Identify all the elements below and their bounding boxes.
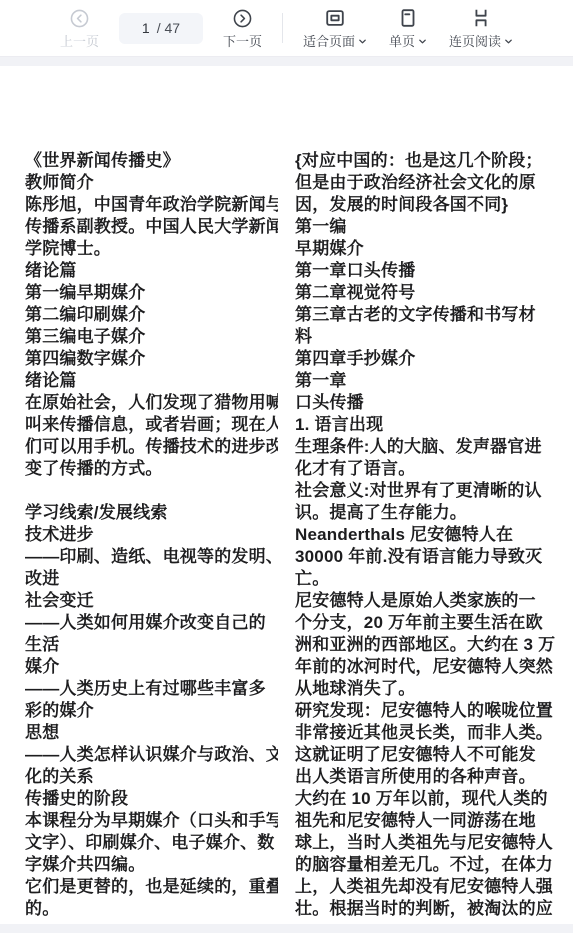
document-page: 《世界新闻传播史》教师简介陈彤旭，中国青年政治学院新闻与传播系副教授。中国人民大… — [0, 66, 573, 924]
text-line: 媒介 — [25, 656, 278, 678]
text-line: 文字）、印刷媒介、电子媒介、数 — [25, 832, 278, 854]
text-line: 《世界新闻传播史》 — [25, 150, 278, 172]
fit-page-label: 适合页面 — [303, 35, 355, 49]
text-line: 球上，当时人类祖先与尼安德特人 — [295, 832, 557, 854]
toolbar-divider — [282, 13, 283, 43]
text-line: 在原始社会，人们发现了猎物用喊 — [25, 392, 278, 414]
text-line: 洲和亚洲的西部地区。大约在 3 万 — [295, 634, 557, 656]
text-line: ——人类如何用媒介改变自己的 — [25, 612, 278, 634]
text-line: 的脑容量相差无几。不过，在体力 — [295, 854, 557, 876]
text-line: 变了传播的方式。 — [25, 458, 278, 480]
text-line: 个分支，20 万年前主要生活在欧 — [295, 612, 557, 634]
text-line: 非常接近其他灵长类，而非人类。 — [295, 722, 557, 744]
text-line: 第三章古老的文字传播和书写材 — [295, 304, 557, 326]
chevron-down-icon — [358, 35, 367, 49]
text-line: 第四章手抄媒介 — [295, 348, 557, 370]
text-line: 传播史的阶段 — [25, 788, 278, 810]
text-line: 壮。根据当时的判断，被淘汰的应 — [295, 898, 557, 920]
text-line: 第二章视觉符号 — [295, 282, 557, 304]
text-line: 叫来传播信息，或者岩画；现在人 — [25, 414, 278, 436]
text-line: 识。提高了生存能力。 — [295, 502, 557, 524]
document-viewer[interactable]: 《世界新闻传播史》教师简介陈彤旭，中国青年政治学院新闻与传播系副教授。中国人民大… — [0, 57, 573, 933]
text-line: 学习线索/发展线索 — [25, 502, 278, 524]
text-line: 它们是更替的，也是延续的，重叠 — [25, 876, 278, 898]
text-line: 大约在 10 万年以前，现代人类的 — [295, 788, 557, 810]
toolbar: 上一页 1 / 47 下一页 适合页面 — [0, 0, 573, 57]
text-line: 第一编早期媒介 — [25, 282, 278, 304]
text-line: 料 — [295, 326, 557, 348]
text-line: ——人类怎样认识媒介与政治、文 — [25, 744, 278, 766]
text-line: Neanderthals 尼安德特人在 — [295, 524, 557, 546]
current-page-value[interactable]: 1 — [142, 20, 150, 36]
text-line: 第三编电子媒介 — [25, 326, 278, 348]
text-line: 字媒介共四编。 — [25, 854, 278, 876]
text-line: 技术进步 — [25, 524, 278, 546]
text-line: 教师简介 — [25, 172, 278, 194]
text-line: 们可以用手机。传播技术的进步改 — [25, 436, 278, 458]
text-line: {对应中国的：也是这几个阶段； — [295, 150, 557, 172]
next-page-label: 下一页 — [223, 35, 262, 49]
text-line: 本课程分为早期媒介（口头和手写 — [25, 810, 278, 832]
fit-page-button[interactable]: 适合页面 — [301, 7, 369, 49]
total-pages-label: / 47 — [157, 20, 180, 36]
text-line: 30000 年前.没有语言能力导致灭 — [295, 546, 557, 568]
text-line: 研究发现：尼安德特人的喉咙位置 — [295, 700, 557, 722]
previous-page-label: 上一页 — [60, 35, 99, 49]
chevron-right-circle-icon — [232, 8, 253, 32]
text-line: 第一章 — [295, 370, 557, 392]
text-line: 上，人类祖先却没有尼安德特人强 — [295, 876, 557, 898]
single-page-button[interactable]: 单页 — [387, 7, 429, 49]
text-line: 亡。 — [295, 568, 557, 590]
text-line: 第二编印刷媒介 — [25, 304, 278, 326]
text-line: 年前的冰河时代，尼安德特人突然 — [295, 656, 557, 678]
text-line: 尼安德特人是原始人类家族的一 — [295, 590, 557, 612]
text-line: 化才有了语言。 — [295, 458, 557, 480]
text-line: 思想 — [25, 722, 278, 744]
continuous-reading-label: 连页阅读 — [449, 35, 501, 49]
left-text-column: 《世界新闻传播史》教师简介陈彤旭，中国青年政治学院新闻与传播系副教授。中国人民大… — [25, 150, 278, 924]
text-line: 生理条件:人的大脑、发声器官进 — [295, 436, 557, 458]
text-line: 社会意义:对世界有了更清晰的认 — [295, 480, 557, 502]
text-line: 从地球消失了。 — [295, 678, 557, 700]
next-page-button[interactable]: 下一页 — [221, 8, 264, 49]
pdf-viewer-app: 上一页 1 / 47 下一页 适合页面 — [0, 0, 573, 933]
text-line: ——印刷、造纸、电视等的发明、 — [25, 546, 278, 568]
text-line: 出人类语言所使用的各种声音。 — [295, 766, 557, 788]
chevron-left-circle-icon — [69, 8, 90, 32]
text-line: 化的关系 — [25, 766, 278, 788]
continuous-pages-icon — [470, 7, 492, 32]
single-page-icon — [397, 7, 419, 32]
right-text-column: {对应中国的：也是这几个阶段；但是由于政治经济社会文化的原因，发展的时间段各国不… — [295, 150, 557, 924]
text-line: 绪论篇 — [25, 260, 278, 282]
text-line: 第一章口头传播 — [295, 260, 557, 282]
text-line: 社会变迁 — [25, 590, 278, 612]
fit-page-icon — [324, 7, 346, 32]
text-line: 第一编 — [295, 216, 557, 238]
text-line: 1. 语言出现 — [295, 414, 557, 436]
single-page-label: 单页 — [389, 35, 415, 49]
text-line: 学院博士。 — [25, 238, 278, 260]
page-number-input[interactable]: 1 / 47 — [119, 13, 203, 44]
chevron-down-icon — [504, 35, 513, 49]
text-line: 因，发展的时间段各国不同} — [295, 194, 557, 216]
text-line: 第四编数字媒介 — [25, 348, 278, 370]
text-line: 但是由于政治经济社会文化的原 — [295, 172, 557, 194]
text-line: 口头传播 — [295, 392, 557, 414]
previous-page-button[interactable]: 上一页 — [58, 8, 101, 49]
text-line: 彩的媒介 — [25, 700, 278, 722]
text-line: 这就证明了尼安德特人不可能发 — [295, 744, 557, 766]
text-line: 绪论篇 — [25, 370, 278, 392]
text-line: 祖先和尼安德特人一同游荡在地 — [295, 810, 557, 832]
continuous-reading-button[interactable]: 连页阅读 — [447, 7, 515, 49]
text-line: 传播系副教授。中国人民大学新闻 — [25, 216, 278, 238]
chevron-down-icon — [418, 35, 427, 49]
text-line — [25, 480, 278, 502]
text-line: 早期媒介 — [295, 238, 557, 260]
text-line: 生活 — [25, 634, 278, 656]
text-line: ——人类历史上有过哪些丰富多 — [25, 678, 278, 700]
text-line: 陈彤旭，中国青年政治学院新闻与 — [25, 194, 278, 216]
text-line: 的。 — [25, 898, 278, 920]
text-line: 改进 — [25, 568, 278, 590]
